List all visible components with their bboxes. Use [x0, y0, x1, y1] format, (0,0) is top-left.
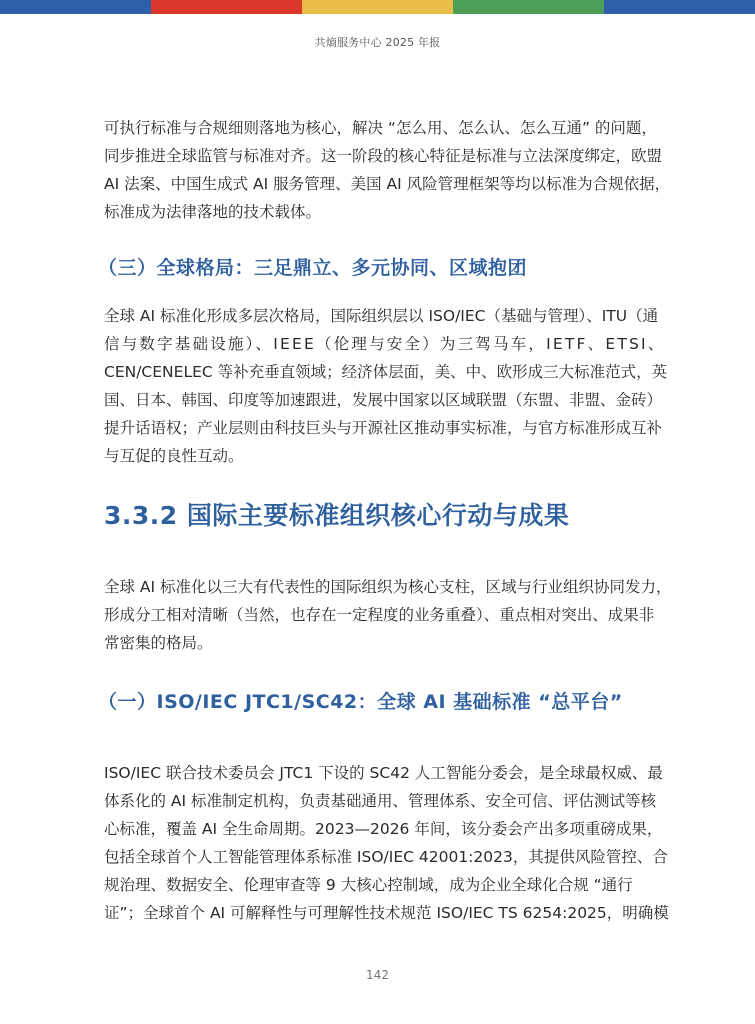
text-line: 提升话语权；产业层则由科技巨头与开源社区推动事实标准，与官方标准形成互补 — [104, 414, 664, 442]
color-bar-segment-yellow — [302, 0, 453, 14]
color-bar-segment-blue-right — [604, 0, 755, 14]
color-bar-segment-red — [151, 0, 302, 14]
text-line: 心标准，覆盖 AI 全生命周期。2023—2026 年间，该分委会产出多项重磅成… — [104, 815, 664, 843]
top-color-bar — [0, 0, 755, 14]
text-line: 体系化的 AI 标准制定机构，负责基础通用、管理体系、安全可信、评估测试等核 — [104, 787, 664, 815]
text-line: 证”；全球首个 AI 可解释性与可理解性技术规范 ISO/IEC TS 6254… — [104, 899, 664, 927]
text-line: 可执行标准与合规细则落地为核心，解决 “怎么用、怎么认、怎么互通” 的问题， — [104, 114, 664, 142]
text-line: 全球 AI 标准化以三大有代表性的国际组织为核心支柱，区域与行业组织协同发力， — [104, 573, 664, 601]
subheading-iso-iec-sc42: （一）ISO/IEC JTC1/SC42：全球 AI 基础标准 “总平台” — [98, 687, 623, 714]
color-bar-segment-green — [453, 0, 604, 14]
text-line: 常密集的格局。 — [104, 629, 664, 657]
paragraph-three-organizations: 全球 AI 标准化以三大有代表性的国际组织为核心支柱，区域与行业组织协同发力， … — [104, 573, 664, 657]
paragraph-standards-stage: 可执行标准与合规细则落地为核心，解决 “怎么用、怎么认、怎么互通” 的问题， 同… — [104, 114, 664, 226]
text-line: 国、日本、韩国、印度等加速跟进，发展中国家以区域联盟（东盟、非盟、金砖） — [104, 386, 664, 414]
text-line: 同步推进全球监管与标准对齐。这一阶段的核心特征是标准与立法深度绑定，欧盟 — [104, 142, 664, 170]
text-line: CEN/CENELEC 等补充垂直领域；经济体层面，美、中、欧形成三大标准范式，… — [104, 358, 664, 386]
color-bar-segment-blue — [0, 0, 151, 14]
text-line: 与互促的良性互动。 — [104, 442, 664, 470]
text-line: ISO/IEC 联合技术委员会 JTC1 下设的 SC42 人工智能分委会，是全… — [104, 759, 664, 787]
paragraph-sc42-details: ISO/IEC 联合技术委员会 JTC1 下设的 SC42 人工智能分委会，是全… — [104, 759, 664, 927]
text-line: 规治理、数据安全、伦理审查等 9 大核心控制域，成为企业全球化合规 “通行 — [104, 871, 664, 899]
section-heading-3-3-2: 3.3.2 国际主要标准组织核心行动与成果 — [104, 496, 569, 532]
text-line: 全球 AI 标准化形成多层次格局，国际组织层以 ISO/IEC（基础与管理）、I… — [104, 302, 664, 330]
text-line: 信与数字基础设施）、IEEE（伦理与安全）为三驾马车，IETF、ETSI、 — [104, 330, 664, 358]
text-line: 标准成为法律落地的技术载体。 — [104, 198, 664, 226]
running-header: 共熵服务中心 2025 年报 — [0, 34, 755, 50]
text-line: 形成分工相对清晰（当然，也存在一定程度的业务重叠）、重点相对突出、成果非 — [104, 601, 664, 629]
paragraph-global-landscape: 全球 AI 标准化形成多层次格局，国际组织层以 ISO/IEC（基础与管理）、I… — [104, 302, 664, 470]
text-line: 包括全球首个人工智能管理体系标准 ISO/IEC 42001:2023，其提供风… — [104, 843, 664, 871]
subheading-global-landscape: （三）全球格局：三足鼎立、多元协同、区域抱团 — [98, 253, 527, 280]
text-line: AI 法案、中国生成式 AI 服务管理、美国 AI 风险管理框架等均以标准为合规… — [104, 170, 664, 198]
page-number: 142 — [0, 968, 755, 982]
